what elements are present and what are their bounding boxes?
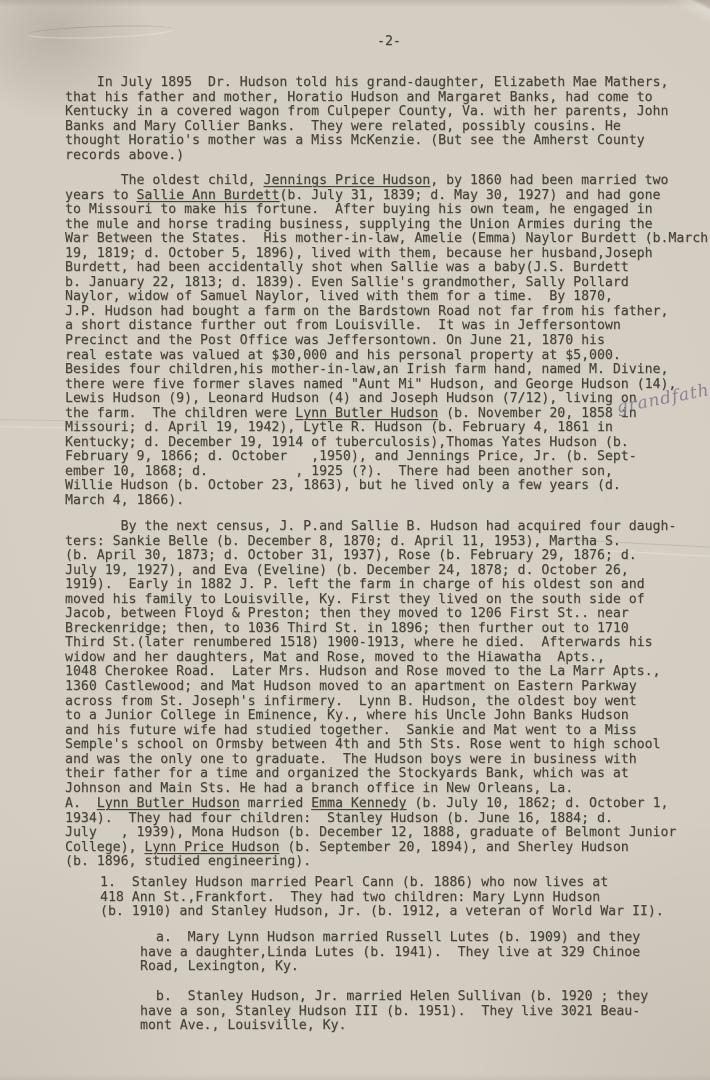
text-line: July 19, 1927), and Eva (Eveline) (b. De… bbox=[65, 564, 676, 579]
text-segment: that his father and mother, Horatio Huds… bbox=[65, 90, 653, 105]
text-segment: the farm. The children were bbox=[65, 406, 295, 421]
text-line: Precinct and the Post Office was Jeffers… bbox=[65, 334, 708, 349]
text-segment: across from St. Joseph's infirmery. Lynn… bbox=[65, 694, 637, 709]
paragraph-p1: In July 1895 Dr. Hudson told his grand-d… bbox=[65, 76, 668, 163]
paragraph-p2: The oldest child, Jennings Price Hudson,… bbox=[65, 174, 708, 509]
paragraph-p3: By the next census, J. P.and Sallie B. H… bbox=[65, 520, 676, 796]
text-segment: (b. 1910) and Stanley Hudson, Jr. (b. 19… bbox=[100, 904, 664, 919]
text-line: thought Horatio's mother was a Miss McKe… bbox=[65, 134, 668, 149]
text-line: Kentucky in a covered wagon from Culpepe… bbox=[65, 105, 668, 120]
text-segment: real estate was valued at $30,000 and hi… bbox=[65, 348, 621, 363]
text-line: Burdett, had been accidentally shot when… bbox=[65, 261, 708, 276]
text-line: 1. Stanley Hudson married Pearl Cann (b.… bbox=[100, 876, 664, 891]
text-line: a short distance further out from Louisv… bbox=[65, 319, 708, 334]
text-segment: , by 1860 had been married two bbox=[430, 173, 668, 188]
text-segment: Precinct and the Post Office was Jeffers… bbox=[65, 333, 605, 348]
text-segment: 1. Stanley Hudson married Pearl Cann (b.… bbox=[100, 875, 608, 890]
text-line: (b. 1896, studied engineering). bbox=[65, 855, 676, 870]
text-segment: Kentucky; d. December 19, 1914 of tuberc… bbox=[65, 435, 629, 450]
underlined-name: Lynn Butler Hudson bbox=[295, 406, 438, 421]
text-segment: (b. November 20, 1858 in bbox=[438, 406, 637, 421]
text-line: (b. April 30, 1873; d. October 31, 1937)… bbox=[65, 549, 676, 564]
text-line: to Missouri to make his fortune. After b… bbox=[65, 203, 708, 218]
text-line: Johnson and Main Sts. He had a branch of… bbox=[65, 782, 676, 797]
text-line: mont Ave., Louisville, Ky. bbox=[140, 1019, 648, 1034]
text-line: 1360 Castlewood; and Mat Hudson moved to… bbox=[65, 680, 676, 695]
text-segment: 418 Ann St.,Frankfort. They had two chil… bbox=[100, 890, 600, 905]
text-segment: ember 10, 1868; d. , 1925 (?). There had… bbox=[65, 464, 613, 479]
text-segment: 1934). They had four children: Stanley H… bbox=[65, 811, 613, 826]
text-line: College), Lynn Price Hudson (b. Septembe… bbox=[65, 841, 676, 856]
text-line: a. Mary Lynn Hudson married Russell Lute… bbox=[140, 931, 640, 946]
text-segment: their father for a time and organized th… bbox=[65, 766, 629, 781]
text-line: War Between the States. His mother-in-la… bbox=[65, 232, 708, 247]
text-segment: February 9, 1866; d. October ,1950), and… bbox=[65, 449, 637, 464]
text-line: A. Lynn Butler Hudson married Emma Kenne… bbox=[65, 797, 676, 812]
text-segment: Banks and Mary Collier Banks. They were … bbox=[65, 119, 621, 134]
text-line: Banks and Mary Collier Banks. They were … bbox=[65, 120, 668, 135]
text-line: to a Junior College in Eminence, Ky., wh… bbox=[65, 709, 676, 724]
text-segment: b. Stanley Hudson, Jr. married Helen Sul… bbox=[140, 989, 648, 1004]
text-segment: 19, 1819; d. October 5, 1896), lived wit… bbox=[65, 246, 653, 261]
text-line: have a son, Stanley Hudson III (b. 1951)… bbox=[140, 1005, 648, 1020]
underlined-name: Lynn Butler Hudson bbox=[97, 796, 240, 811]
text-line: the mule and horse trading business, sup… bbox=[65, 218, 708, 233]
text-segment: married bbox=[240, 796, 311, 811]
text-segment: (b. July 31, 1839; d. May 30, 1927) and … bbox=[279, 188, 660, 203]
underlined-name: Emma Kennedy bbox=[311, 796, 406, 811]
text-segment: to Missouri to make his fortune. After b… bbox=[65, 202, 653, 217]
text-segment: (b. 1896, studied engineering). bbox=[65, 854, 311, 869]
text-line: 1048 Cherokee Road. Later Mrs. Hudson an… bbox=[65, 665, 676, 680]
text-line: that his father and mother, Horatio Huds… bbox=[65, 91, 668, 106]
text-line: Naylor, widow of Samuel Naylor, lived wi… bbox=[65, 290, 708, 305]
scanned-document-page: { "colors": { "paper": "#d3ccc0", "ink":… bbox=[0, 0, 710, 1080]
text-segment: there were five former slaves named "Aun… bbox=[65, 377, 676, 392]
text-segment: Johnson and Main Sts. He had a branch of… bbox=[65, 781, 573, 796]
text-segment: Burdett, had been accidentally shot when… bbox=[65, 260, 629, 275]
paragraph-itemB: b. Stanley Hudson, Jr. married Helen Sul… bbox=[140, 990, 648, 1034]
text-line: 418 Ann St.,Frankfort. They had two chil… bbox=[100, 891, 664, 906]
text-segment: Road, Lexington, Ky. bbox=[140, 959, 299, 974]
text-segment: 1919). Early in 1882 J. P. left the farm… bbox=[65, 577, 645, 592]
text-line: March 4, 1866). bbox=[65, 494, 708, 509]
text-segment: (b. July 10, 1862; d. October 1, bbox=[406, 796, 668, 811]
text-segment: Besides four children,his mother-in-law,… bbox=[65, 362, 668, 377]
text-segment: 1360 Castlewood; and Mat Hudson moved to… bbox=[65, 679, 637, 694]
text-segment: July 19, 1927), and Eva (Eveline) (b. De… bbox=[65, 563, 629, 578]
text-line: In July 1895 Dr. Hudson told his grand-d… bbox=[65, 76, 668, 91]
text-segment: a short distance further out from Louisv… bbox=[65, 318, 621, 333]
text-segment: The oldest child, bbox=[65, 173, 264, 188]
text-segment: College), bbox=[65, 840, 144, 855]
text-line: Semple's school on Ormsby between 4th an… bbox=[65, 738, 676, 753]
text-segment: March 4, 1866). bbox=[65, 493, 184, 508]
text-segment: thought Horatio's mother was a Miss McKe… bbox=[65, 133, 645, 148]
text-segment: and was the only one to graduate. The Hu… bbox=[65, 752, 637, 767]
text-line: Missouri; d. April 19, 1942), Lytle R. H… bbox=[65, 421, 708, 436]
text-segment: to a Junior College in Eminence, Ky., wh… bbox=[65, 708, 629, 723]
text-segment: Third St.(later renumbered 1518) 1900-19… bbox=[65, 635, 653, 650]
text-segment: moved his family to Louisville, Ky. Firs… bbox=[65, 592, 645, 607]
text-line: The oldest child, Jennings Price Hudson,… bbox=[65, 174, 708, 189]
text-segment: a. Mary Lynn Hudson married Russell Lute… bbox=[140, 930, 640, 945]
text-line: years to Sallie Ann Burdett(b. July 31, … bbox=[65, 189, 708, 204]
text-line: 1934). They had four children: Stanley H… bbox=[65, 812, 676, 827]
text-segment: A. bbox=[65, 796, 97, 811]
underlined-name: Jennings Price Hudson bbox=[264, 173, 431, 188]
text-line: 1919). Early in 1882 J. P. left the farm… bbox=[65, 578, 676, 593]
text-line: (b. 1910) and Stanley Hudson, Jr. (b. 19… bbox=[100, 905, 664, 920]
text-segment: 1048 Cherokee Road. Later Mrs. Hudson an… bbox=[65, 664, 660, 679]
paragraph-itemA: a. Mary Lynn Hudson married Russell Lute… bbox=[140, 931, 640, 975]
underlined-name: Sallie Ann Burdett bbox=[136, 188, 279, 203]
text-line: records above.) bbox=[65, 149, 668, 164]
text-segment: War Between the States. His mother-in-la… bbox=[65, 231, 708, 246]
text-line: across from St. Joseph's infirmery. Lynn… bbox=[65, 695, 676, 710]
text-line: Besides four children,his mother-in-law,… bbox=[65, 363, 708, 378]
text-segment: In July 1895 Dr. Hudson told his grand-d… bbox=[65, 75, 668, 90]
paragraph-item1: 1. Stanley Hudson married Pearl Cann (b.… bbox=[100, 876, 664, 920]
text-segment: J.P. Hudson had bought a farm on the Bar… bbox=[65, 304, 668, 319]
text-line: real estate was valued at $30,000 and hi… bbox=[65, 349, 708, 364]
text-segment: July , 1939), Mona Hudson (b. December 1… bbox=[65, 825, 676, 840]
text-segment: have a son, Stanley Hudson III (b. 1951)… bbox=[140, 1004, 640, 1019]
text-segment: mont Ave., Louisville, Ky. bbox=[140, 1018, 346, 1033]
text-segment: Naylor, widow of Samuel Naylor, lived wi… bbox=[65, 289, 613, 304]
text-segment: and his future wife had studied together… bbox=[65, 723, 637, 738]
text-segment: Breckenridge; then, to 1036 Third St. in… bbox=[65, 621, 629, 636]
text-segment: Missouri; d. April 19, 1942), Lytle R. H… bbox=[65, 420, 613, 435]
underlined-name: Lynn Price Hudson bbox=[144, 840, 279, 855]
text-line: By the next census, J. P.and Sallie B. H… bbox=[65, 520, 676, 535]
text-line: July , 1939), Mona Hudson (b. December 1… bbox=[65, 826, 676, 841]
text-segment: the mule and horse trading business, sup… bbox=[65, 217, 653, 232]
text-line: Jacob, between Floyd & Preston; then the… bbox=[65, 607, 676, 622]
text-line: Third St.(later renumbered 1518) 1900-19… bbox=[65, 636, 676, 651]
text-segment: Jacob, between Floyd & Preston; then the… bbox=[65, 606, 629, 621]
page-corner-crease bbox=[542, 0, 710, 67]
text-segment: (b. April 30, 1873; d. October 31, 1937)… bbox=[65, 548, 637, 563]
text-line: Road, Lexington, Ky. bbox=[140, 960, 640, 975]
paper-background: -2- In July 1895 Dr. Hudson told his gra… bbox=[0, 0, 710, 1080]
text-segment: Willie Hudson (b. October 23, 1863), but… bbox=[65, 478, 621, 493]
text-segment: have a daughter,Linda Lutes (b. 1941). T… bbox=[140, 945, 640, 960]
text-segment: b. January 22, 1813; d. 1839). Even Sall… bbox=[65, 275, 629, 290]
page-number: -2- bbox=[377, 34, 401, 49]
text-line: have a daughter,Linda Lutes (b. 1941). T… bbox=[140, 946, 640, 961]
text-segment: Lewis Hudson (9), Leonard Hudson (4) and… bbox=[65, 391, 637, 406]
paragraph-pA: A. Lynn Butler Hudson married Emma Kenne… bbox=[65, 797, 676, 870]
text-segment: By the next census, J. P.and Sallie B. H… bbox=[65, 519, 676, 534]
text-segment: (b. September 20, 1894), and Sherley Hud… bbox=[279, 840, 628, 855]
text-segment: Kentucky in a covered wagon from Culpepe… bbox=[65, 104, 668, 119]
text-line: February 9, 1866; d. October ,1950), and… bbox=[65, 450, 708, 465]
text-line: their father for a time and organized th… bbox=[65, 767, 676, 782]
text-segment: widow and her daughters, Mat and Rose, m… bbox=[65, 650, 605, 665]
text-line: ters: Sankie Belle (b. December 8, 1870;… bbox=[65, 535, 676, 550]
text-segment: records above.) bbox=[65, 148, 184, 163]
text-segment: Semple's school on Ormsby between 4th an… bbox=[65, 737, 660, 752]
text-line: Willie Hudson (b. October 23, 1863), but… bbox=[65, 479, 708, 494]
text-segment: ters: Sankie Belle (b. December 8, 1870;… bbox=[65, 534, 621, 549]
text-line: Lewis Hudson (9), Leonard Hudson (4) and… bbox=[65, 392, 708, 407]
text-line: b. Stanley Hudson, Jr. married Helen Sul… bbox=[140, 990, 648, 1005]
text-segment: years to bbox=[65, 188, 136, 203]
